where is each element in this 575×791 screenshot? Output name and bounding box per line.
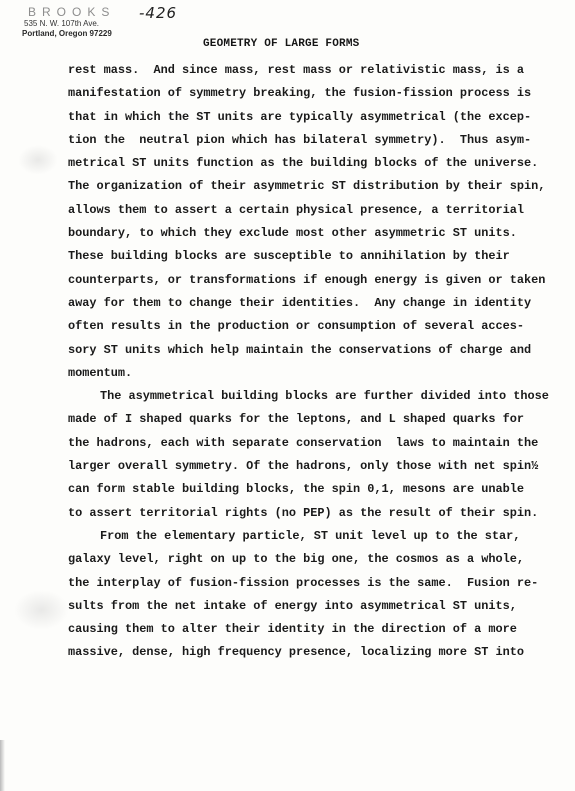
text-line: counterparts, or transformations if enou… [68,269,568,292]
handwritten-number: -426 [139,4,177,22]
text-line: The organization of their asymmetric ST … [68,175,568,198]
document-body: rest mass. And since mass, rest mass or … [68,59,568,665]
text-line: tion the neutral pion which has bilatera… [68,129,568,152]
text-line: the interplay of fusion-fission processe… [68,572,568,595]
document-title: GEOMETRY OF LARGE FORMS [203,38,359,50]
stamp-address: 535 N. W. 107th Ave. [24,19,112,29]
text-line: causing them to alter their identity in … [68,618,568,641]
text-line: sults from the net intake of energy into… [68,595,568,618]
document-page: BROOKS -426 535 N. W. 107th Ave. Portlan… [0,0,575,791]
text-line: momentum. [68,362,568,385]
text-line: From the elementary particle, ST unit le… [68,525,568,548]
text-line: away for them to change their identities… [68,292,568,315]
text-line: larger overall symmetry. Of the hadrons,… [68,455,568,478]
address-stamp: BROOKS -426 535 N. W. 107th Ave. Portlan… [22,6,112,39]
text-line: allows them to assert a certain physical… [68,199,568,222]
text-line: These building blocks are susceptible to… [68,245,568,268]
text-line: to assert territorial rights (no PEP) as… [68,502,568,525]
paper-smudge [18,145,58,175]
text-line: galaxy level, right on up to the big one… [68,548,568,571]
text-line: metrical ST units function as the buildi… [68,152,568,175]
text-line: the hadrons, each with separate conserva… [68,432,568,455]
paper-smudge [14,590,69,630]
scan-edge-shadow [0,740,5,791]
text-line: manifestation of symmetry breaking, the … [68,82,568,105]
text-line: massive, dense, high frequency presence,… [68,641,568,664]
text-line: can form stable building blocks, the spi… [68,478,568,501]
text-line: The asymmetrical building blocks are fur… [68,385,568,408]
text-line: rest mass. And since mass, rest mass or … [68,59,568,82]
text-line: boundary, to which they exclude most oth… [68,222,568,245]
text-line: often results in the production or consu… [68,315,568,338]
text-line: made of I shaped quarks for the leptons,… [68,408,568,431]
text-line: sory ST units which help maintain the co… [68,339,568,362]
stamp-name: BROOKS [28,6,118,19]
text-line: that in which the ST units are typically… [68,106,568,129]
stamp-city: Portland, Oregon 97229 [22,29,112,39]
